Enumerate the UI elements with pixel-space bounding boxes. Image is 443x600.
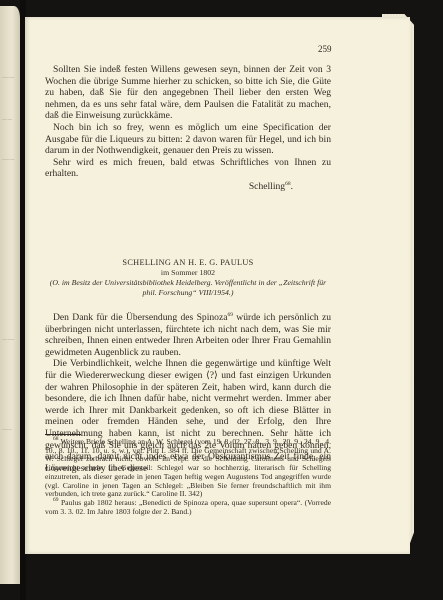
signature: Schelling68. [45,181,331,193]
footnote-text: Weitere Briefe Schelling an A. W. Schleg… [45,437,331,498]
page-number: 259 [318,44,332,54]
bleed-through-text: ▁▁▁ ▁▁ [2,74,18,78]
paragraph: Noch bin ich so frey, wenn es möglich um… [45,122,331,157]
letter-ending: Sollten Sie indeß festen Willens gewesen… [45,64,331,193]
footnote: 69 Paulus gab 1802 heraus: „Benedicti de… [45,499,331,516]
facing-page-edge: ▁▁▁ ▁▁ ▁▁ ▁▁ ▁▁▁ ▁▁ ▁▁ ▁▁▁ ▁▁▁ ▁ [0,6,20,584]
bleed-through-text: ▁▁ ▁▁ [2,116,18,120]
letter-source-note: (O. im Besitz der Universitätsbibliothek… [45,278,331,298]
paragraph: Den Dank für die Übersendung des Spinoza… [45,312,331,358]
footnote-text: Paulus gab 1802 heraus: „Benedicti de Sp… [45,498,331,516]
paragraph: Sollten Sie indeß festen Willens gewesen… [45,64,331,122]
footnote-divider [45,434,81,435]
signature-punctuation: . [291,181,293,192]
letter-heading: SCHELLING AN H. E. G. PAULUS im Sommer 1… [45,257,331,298]
bleed-through-text: ▁▁▁ ▁▁ [2,156,18,160]
paragraph: Sehr wird es mich freuen, bald etwas Sch… [45,157,331,180]
letter-date: im Sommer 1802 [45,268,331,278]
bleed-through-text: ▁▁ ▁▁▁ [2,336,18,340]
text-span: Den Dank für die Übersendung des Spinoza [53,312,227,323]
letter-title: SCHELLING AN H. E. G. PAULUS [45,257,331,268]
footnote: 68 Weitere Briefe Schelling an A. W. Sch… [45,438,331,499]
footnotes: 68 Weitere Briefe Schelling an A. W. Sch… [45,438,331,516]
signature-name: Schelling [249,181,285,192]
bleed-through-text: ▁▁▁ ▁ [2,426,18,430]
